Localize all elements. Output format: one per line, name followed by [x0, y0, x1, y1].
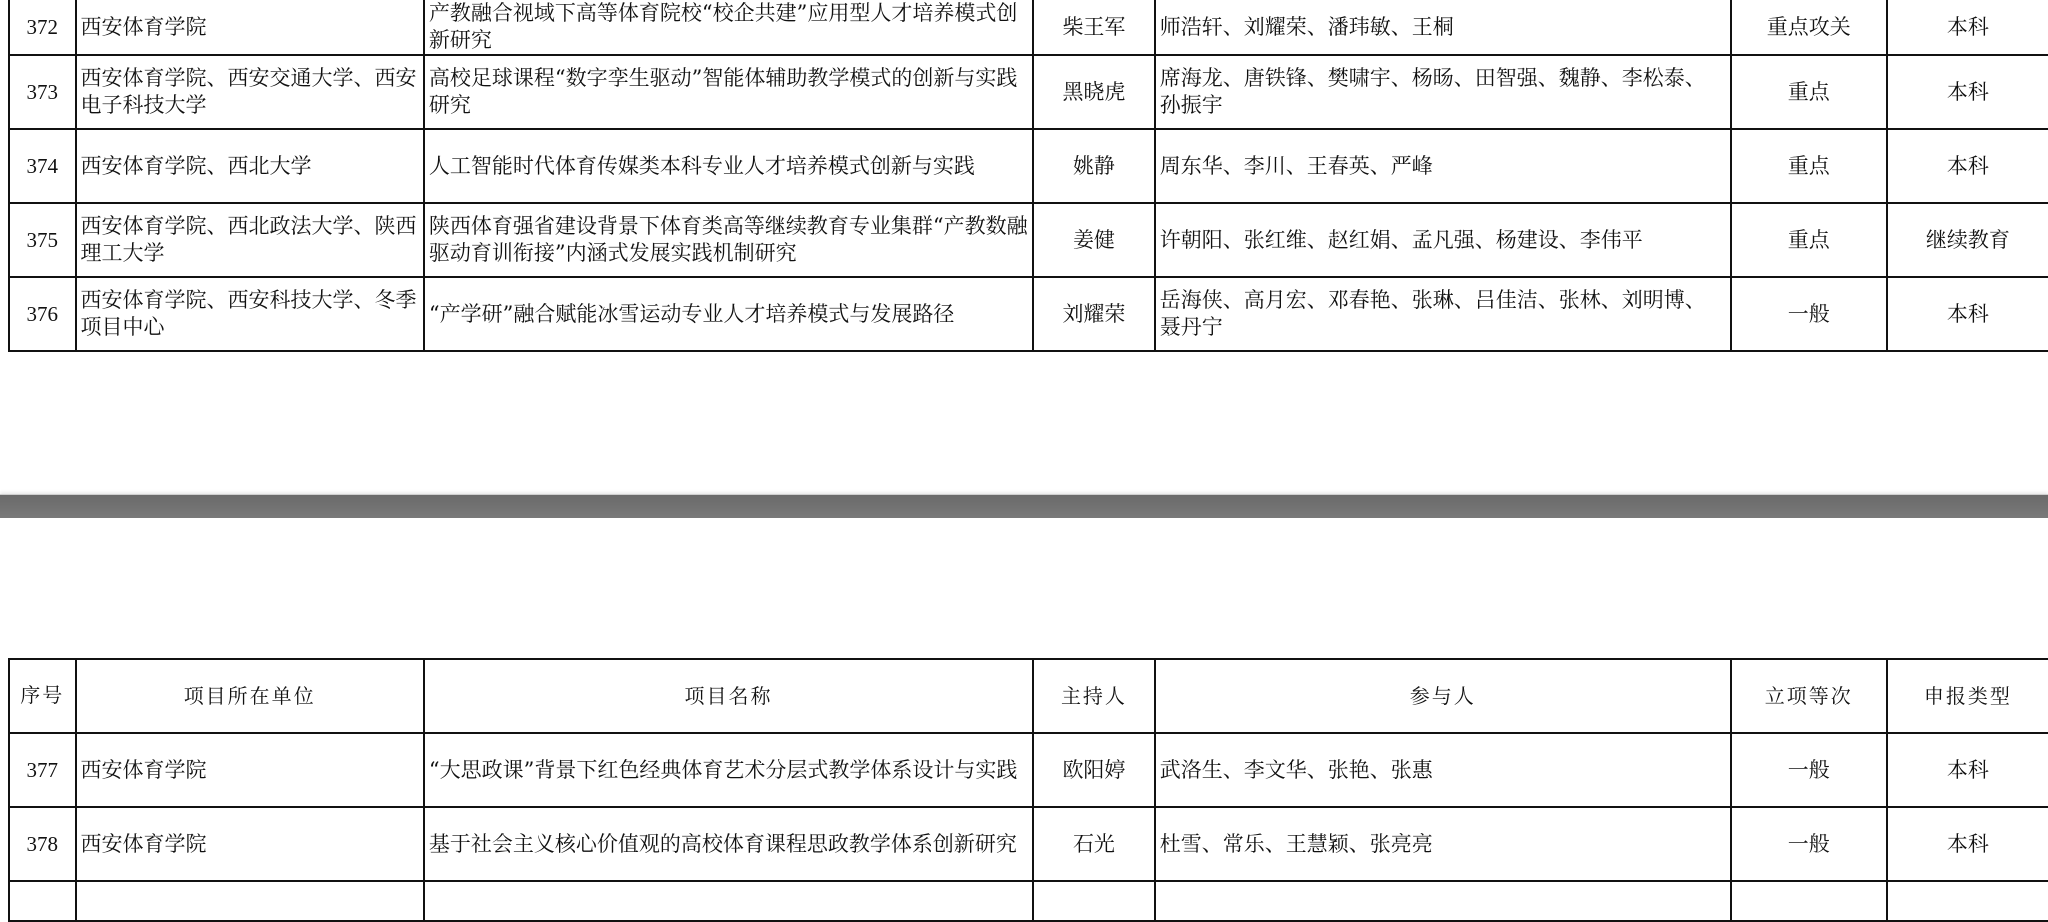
table-row: 377 西安体育学院 “大思政课”背景下红色经典体育艺术分层式教学体系设计与实践… [9, 733, 2048, 807]
row-number: 374 [9, 129, 76, 203]
project-host: 刘耀荣 [1033, 277, 1155, 351]
project-name: “产学研”融合赋能冰雪运动专业人才培养模式与发展路径 [424, 277, 1033, 351]
project-name: “大思政课”背景下红色经典体育艺术分层式教学体系设计与实践 [424, 733, 1033, 807]
header-name: 项目名称 [424, 659, 1033, 733]
project-type: 本科 [1887, 807, 2048, 881]
project-unit: 西安体育学院 [76, 807, 424, 881]
header-type: 申报类型 [1887, 659, 2048, 733]
header-participants: 参与人 [1155, 659, 1731, 733]
project-type: 本科 [1887, 733, 2048, 807]
page-separator [0, 494, 2048, 520]
row-number: 372 [9, 0, 76, 55]
project-type: 本科 [1887, 129, 2048, 203]
project-host: 石光 [1033, 807, 1155, 881]
header-host: 主持人 [1033, 659, 1155, 733]
project-name: 基于社会主义核心价值观的高校体育课程思政教学体系创新研究 [424, 807, 1033, 881]
project-participants: 杜雪、常乐、王慧颖、张亮亮 [1155, 807, 1731, 881]
table-row: 374 西安体育学院、西北大学 人工智能时代体育传媒类本科专业人才培养模式创新与… [9, 129, 2048, 203]
document-page-top: 372 西安体育学院 产教融合视域下高等体育院校“校企共建”应用型人才培养模式创… [0, 0, 2048, 494]
project-unit: 西安体育学院、西安交通大学、西安电子科技大学 [76, 55, 424, 129]
row-number: 378 [9, 807, 76, 881]
project-table-top: 372 西安体育学院 产教融合视域下高等体育院校“校企共建”应用型人才培养模式创… [8, 0, 2048, 352]
project-participants: 许朝阳、张红维、赵红娟、孟凡强、杨建设、李伟平 [1155, 203, 1731, 277]
table-row: 378 西安体育学院 基于社会主义核心价值观的高校体育课程思政教学体系创新研究 … [9, 807, 2048, 881]
project-participants: 岳海侠、高月宏、邓春艳、张琳、吕佳洁、张林、刘明博、聂丹宁 [1155, 277, 1731, 351]
header-unit: 项目所在单位 [76, 659, 424, 733]
row-number: 377 [9, 733, 76, 807]
project-participants: 席海龙、唐铁锋、樊啸宇、杨旸、田智强、魏静、李松泰、孙振宇 [1155, 55, 1731, 129]
row-number: 373 [9, 55, 76, 129]
project-participants: 师浩轩、刘耀荣、潘玮敏、王桐 [1155, 0, 1731, 55]
table-row-partial [9, 881, 2048, 888]
project-host: 柴王军 [1033, 0, 1155, 55]
header-level: 立项等次 [1731, 659, 1887, 733]
project-name: 产教融合视域下高等体育院校“校企共建”应用型人才培养模式创新研究 [424, 0, 1033, 55]
project-level: 一般 [1731, 733, 1887, 807]
project-host: 姜健 [1033, 203, 1155, 277]
project-level: 一般 [1731, 807, 1887, 881]
table-row: 376 西安体育学院、西安科技大学、冬季项目中心 “产学研”融合赋能冰雪运动专业… [9, 277, 2048, 351]
table-row: 373 西安体育学院、西安交通大学、西安电子科技大学 高校足球课程“数字孪生驱动… [9, 55, 2048, 129]
header-no: 序号 [9, 659, 76, 733]
row-number: 375 [9, 203, 76, 277]
project-level: 重点 [1731, 129, 1887, 203]
project-level: 一般 [1731, 277, 1887, 351]
row-number: 376 [9, 277, 76, 351]
project-level: 重点 [1731, 203, 1887, 277]
project-name: 人工智能时代体育传媒类本科专业人才培养模式创新与实践 [424, 129, 1033, 203]
document-page-bottom: 序号 项目所在单位 项目名称 主持人 参与人 立项等次 申报类型 377 西安体… [0, 518, 2048, 888]
project-type: 继续教育 [1887, 203, 2048, 277]
project-table-bottom: 序号 项目所在单位 项目名称 主持人 参与人 立项等次 申报类型 377 西安体… [8, 658, 2048, 888]
project-type: 本科 [1887, 0, 2048, 55]
table-row: 375 西安体育学院、西北政法大学、陕西理工大学 陕西体育强省建设背景下体育类高… [9, 203, 2048, 277]
project-type: 本科 [1887, 277, 2048, 351]
table-row: 372 西安体育学院 产教融合视域下高等体育院校“校企共建”应用型人才培养模式创… [9, 0, 2048, 55]
project-name: 高校足球课程“数字孪生驱动”智能体辅助教学模式的创新与实践研究 [424, 55, 1033, 129]
project-type: 本科 [1887, 55, 2048, 129]
project-unit: 西安体育学院、西北大学 [76, 129, 424, 203]
project-participants: 武洛生、李文华、张艳、张惠 [1155, 733, 1731, 807]
project-host: 黑晓虎 [1033, 55, 1155, 129]
project-host: 欧阳婷 [1033, 733, 1155, 807]
project-unit: 西安体育学院 [76, 0, 424, 55]
project-participants: 周东华、李川、王春英、严峰 [1155, 129, 1731, 203]
project-unit: 西安体育学院、西北政法大学、陕西理工大学 [76, 203, 424, 277]
project-name: 陕西体育强省建设背景下体育类高等继续教育专业集群“产教数融驱动育训衔接”内涵式发… [424, 203, 1033, 277]
project-level: 重点攻关 [1731, 0, 1887, 55]
project-host: 姚静 [1033, 129, 1155, 203]
project-unit: 西安体育学院 [76, 733, 424, 807]
table-header-row: 序号 项目所在单位 项目名称 主持人 参与人 立项等次 申报类型 [9, 659, 2048, 733]
project-unit: 西安体育学院、西安科技大学、冬季项目中心 [76, 277, 424, 351]
project-level: 重点 [1731, 55, 1887, 129]
